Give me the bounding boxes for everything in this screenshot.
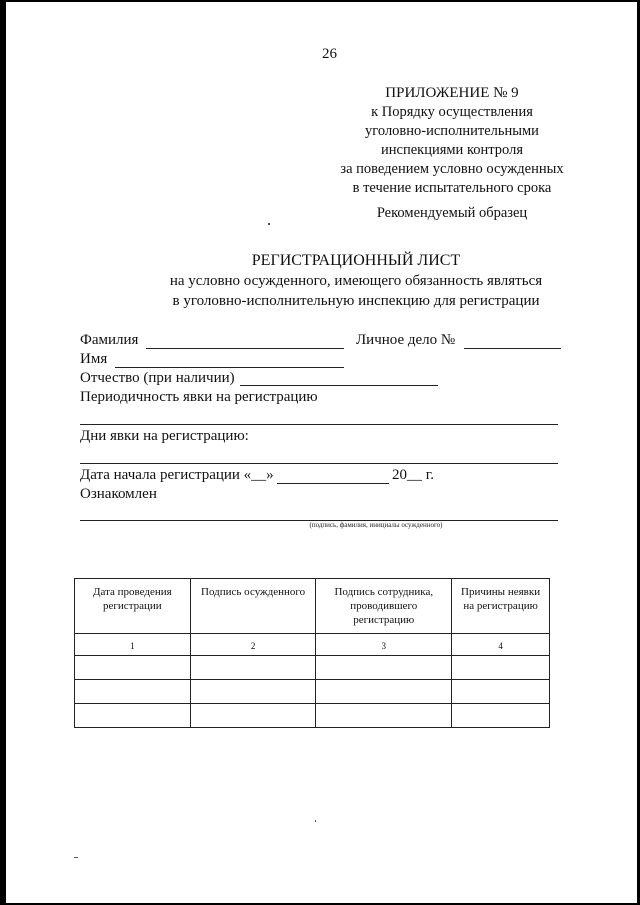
- column-number: 3: [316, 634, 452, 656]
- days-label: Дни явки на регистрацию:: [80, 428, 249, 445]
- table-cell[interactable]: [316, 680, 452, 704]
- table-cell[interactable]: [316, 656, 452, 680]
- table-cell[interactable]: [190, 704, 316, 728]
- document-heading: РЕГИСТРАЦИОННЫЙ ЛИСТ на условно осужденн…: [76, 251, 636, 311]
- signature-hint: (подпись, фамилия, инициалы осужденного): [186, 521, 566, 529]
- table-cell[interactable]: [452, 680, 550, 704]
- case-number-label: Личное дело №: [356, 332, 455, 349]
- column-header-absence-reasons: Причины неявки на регистрацию: [452, 579, 550, 634]
- column-number: 4: [452, 634, 550, 656]
- appendix-line: в течение испытательного срока: [324, 179, 580, 198]
- column-number: 1: [75, 634, 191, 656]
- days-field[interactable]: [80, 463, 558, 464]
- sample-label: Рекомендуемый образец: [324, 205, 580, 222]
- document-page: 26 ПРИЛОЖЕНИЕ № 9 к Порядку осуществлени…: [6, 2, 637, 903]
- document-title: РЕГИСТРАЦИОННЫЙ ЛИСТ: [76, 251, 636, 271]
- scan-speck: [315, 820, 316, 822]
- appendix-line: за поведением условно осужденных: [324, 160, 580, 179]
- table-cell[interactable]: [190, 656, 316, 680]
- table-row: [75, 680, 550, 704]
- document-subtitle-line: в уголовно-исполнительную инспекцию для …: [76, 291, 636, 311]
- page-number: 26: [322, 46, 337, 63]
- column-header-date: Дата проведения регистрации: [75, 579, 191, 634]
- column-header-officer-signature: Подпись сотрудника, проводившего регистр…: [316, 579, 452, 634]
- table-cell[interactable]: [316, 704, 452, 728]
- acknowledged-label: Ознакомлен: [80, 486, 157, 503]
- surname-label: Фамилия: [80, 332, 138, 349]
- start-date-month-field[interactable]: [277, 483, 389, 484]
- appendix-block: ПРИЛОЖЕНИЕ № 9 к Порядку осуществления у…: [324, 84, 580, 198]
- table-cell[interactable]: [75, 704, 191, 728]
- appendix-title: ПРИЛОЖЕНИЕ № 9: [324, 84, 580, 103]
- table-cell[interactable]: [452, 656, 550, 680]
- document-subtitle-line: на условно осужденного, имеющего обязанн…: [76, 271, 636, 291]
- scan-speck: [74, 857, 78, 858]
- table-row: [75, 704, 550, 728]
- periodicity-field[interactable]: [80, 424, 558, 425]
- surname-field[interactable]: [146, 348, 344, 349]
- column-number: 2: [190, 634, 316, 656]
- patronymic-label: Отчество (при наличии): [80, 370, 235, 387]
- table-cell[interactable]: [75, 656, 191, 680]
- table-column-numbers-row: 1 2 3 4: [75, 634, 550, 656]
- table-cell[interactable]: [75, 680, 191, 704]
- column-header-convict-signature: Подпись осужденного: [190, 579, 316, 634]
- appendix-line: к Порядку осуществления: [324, 103, 580, 122]
- table-cell[interactable]: [190, 680, 316, 704]
- start-date-label: Дата начала регистрации «__»: [80, 467, 274, 484]
- scan-speck: [268, 223, 270, 225]
- case-number-field[interactable]: [464, 348, 561, 349]
- appendix-line: инспекциями контроля: [324, 141, 580, 160]
- name-field[interactable]: [115, 367, 344, 368]
- name-label: Имя: [80, 351, 107, 368]
- table-cell[interactable]: [452, 704, 550, 728]
- registration-table: Дата проведения регистрации Подпись осуж…: [74, 578, 550, 728]
- table-header-row: Дата проведения регистрации Подпись осуж…: [75, 579, 550, 634]
- patronymic-field[interactable]: [240, 385, 438, 386]
- start-date-year: 20__ г.: [392, 467, 434, 484]
- table-row: [75, 656, 550, 680]
- appendix-line: уголовно-исполнительными: [324, 122, 580, 141]
- periodicity-label: Периодичность явки на регистрацию: [80, 389, 318, 406]
